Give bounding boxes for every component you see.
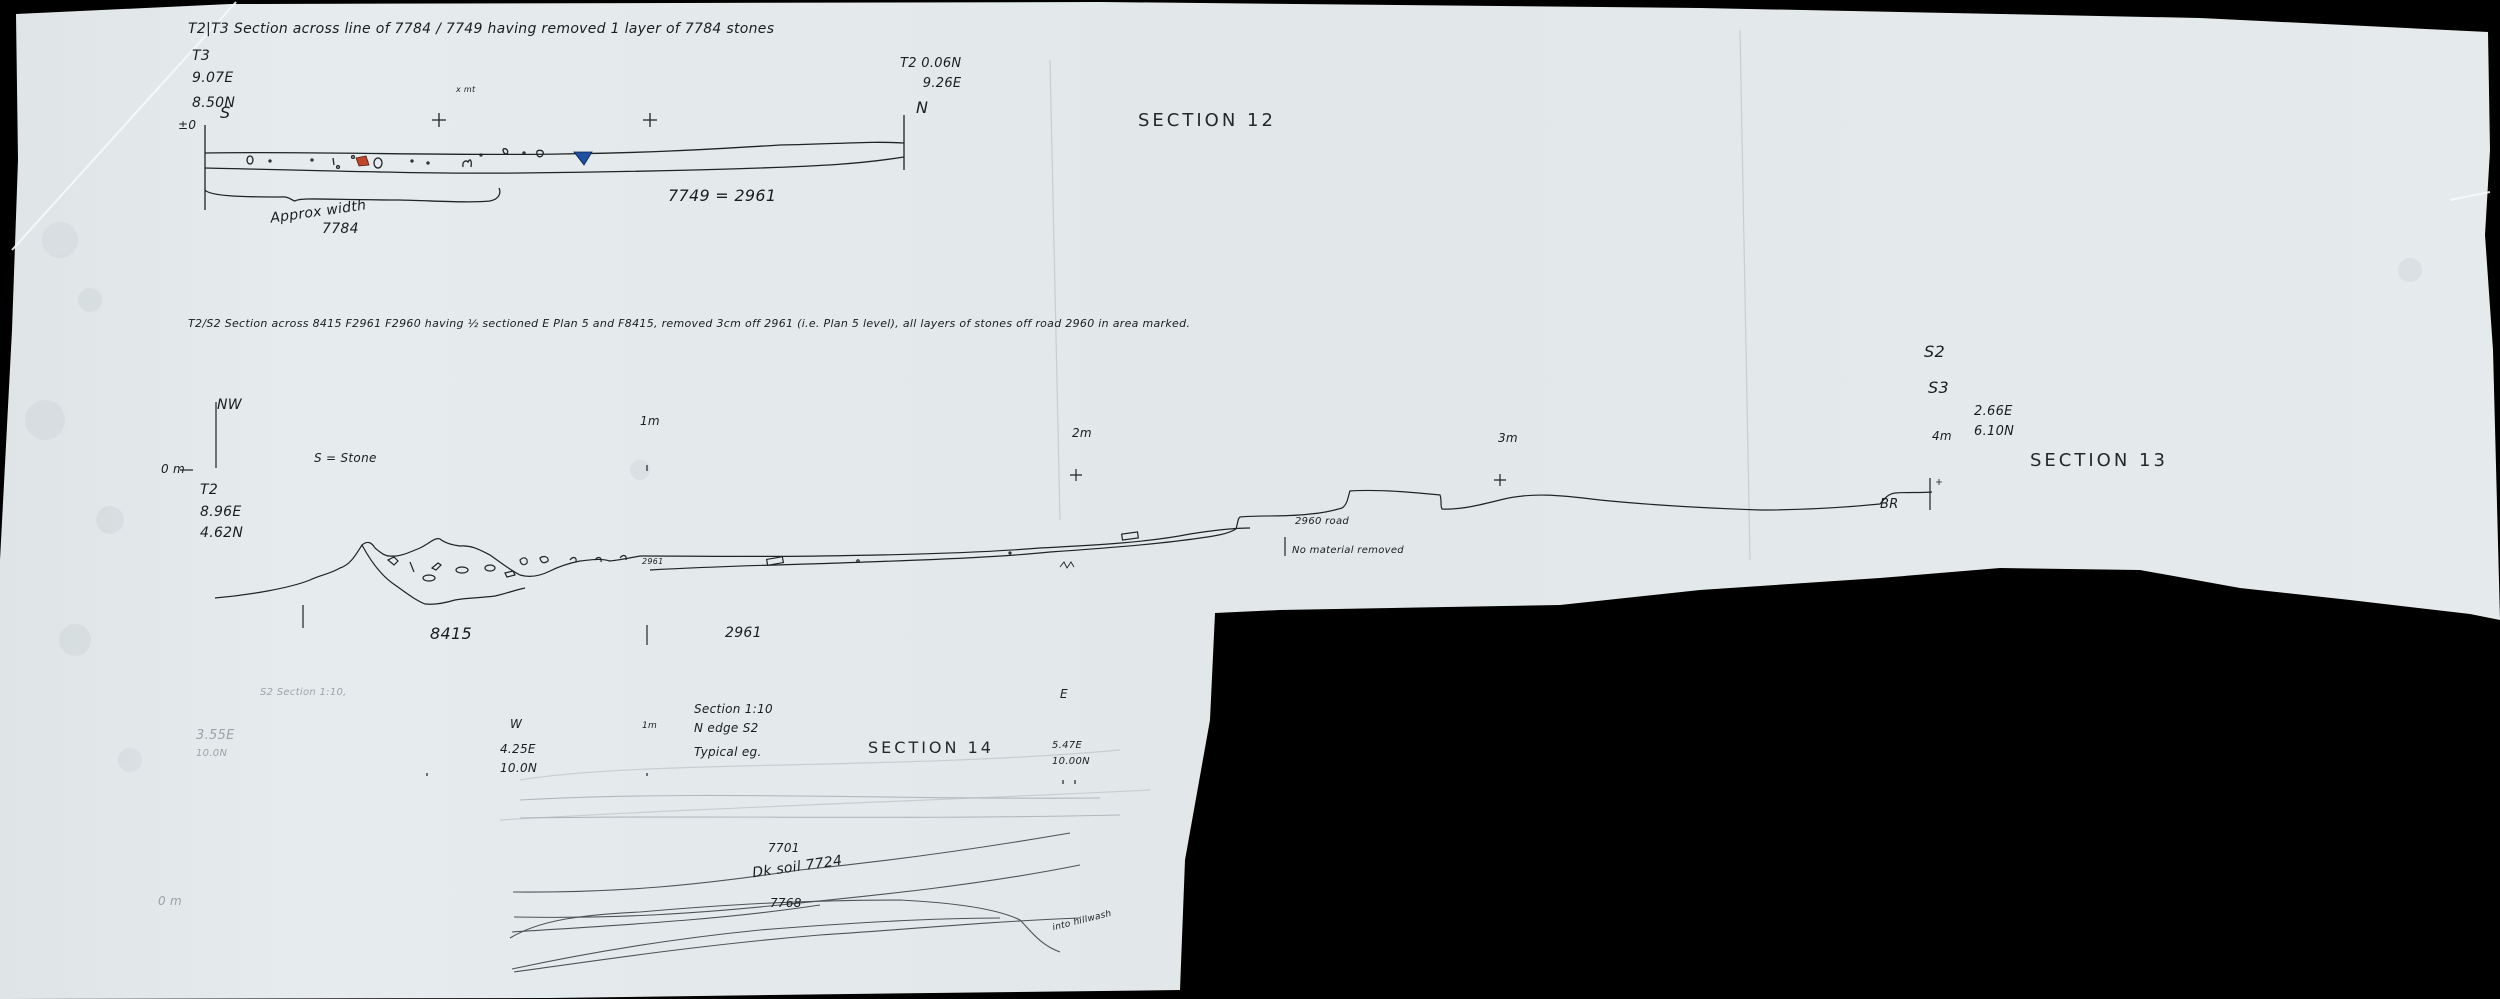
section-13-right-point-alt: S3 — [1928, 380, 1949, 396]
scanned-drawing-sheet — [0, 0, 2500, 999]
inline-label-2961: 2961 — [642, 558, 664, 566]
point-east: 9.26E — [900, 74, 961, 94]
section-12-small-note: x mt — [456, 86, 475, 94]
road-note: No material removed — [1292, 546, 1404, 556]
section-13-label: SECTION 13 — [2030, 452, 2168, 470]
scale-mark-2m: 2m — [1072, 427, 1092, 439]
section-13-heading: T2/S2 Section across 8415 F2961 F2960 ha… — [188, 318, 1190, 329]
section-12-equivalence: 7749 = 2961 — [668, 188, 776, 204]
scale-mark-4m: 4m — [1932, 430, 1952, 442]
caption-line: N edge S2 — [694, 719, 773, 738]
bedrock-label: BR — [1880, 498, 1899, 511]
faint-coords: 3.55E 10.0N — [196, 726, 235, 762]
point-north: 10.00N — [1052, 754, 1090, 770]
faint-east: 3.55E — [196, 726, 235, 746]
section-14-right-point: 5.47E 10.00N — [1052, 738, 1090, 769]
section-13-orient: NW — [217, 398, 242, 412]
road-label: 2960 road — [1295, 517, 1349, 527]
point-name: T2 — [200, 480, 243, 502]
layer-label-7701: 7701 — [768, 842, 800, 854]
point-north: 10.0N — [500, 759, 537, 778]
section-14-orient-left: W — [510, 718, 522, 730]
caption-line: Typical eg. — [694, 743, 773, 762]
section-14-orient-right: E — [1060, 688, 1068, 700]
faint-section-note: S2 Section 1:10, — [260, 688, 347, 698]
point-north: 4.62N — [200, 523, 243, 545]
section-12-right-point: T2 0.06N 9.26E — [900, 54, 961, 94]
section-14-label: SECTION 14 — [868, 740, 994, 756]
section-12-datum: ±0 — [178, 119, 196, 131]
section-13-right-point: 2.66E 6.10N — [1974, 402, 2014, 442]
scale-mark-3m: 3m — [1498, 432, 1518, 444]
point-name: T3 — [192, 46, 235, 68]
faint-north: 10.0N — [196, 746, 235, 762]
section-13-right-point-name: S2 — [1924, 344, 1945, 360]
caption-line: Section 1:10 — [694, 700, 773, 719]
section-14-scale: 1m — [642, 722, 657, 731]
layer-label-7768: 7768 — [770, 897, 802, 909]
section-12-bracket-context: 7784 — [322, 222, 359, 236]
context-label-2961: 2961 — [725, 626, 762, 640]
section-12-orient-right: N — [916, 100, 928, 116]
scale-mark-1m: 1m — [640, 415, 660, 427]
section-13-datum: 0 m — [161, 463, 185, 475]
point-north: 6.10N — [1974, 422, 2014, 442]
section-14-left-point: 4.25E 10.0N — [500, 740, 537, 777]
context-label-8415: 8415 — [430, 626, 472, 642]
section-13-stone-key: S = Stone — [314, 452, 377, 464]
section-12-label: SECTION 12 — [1138, 112, 1276, 130]
section-14-caption: Section 1:10 N edge S2 Typical eg. — [694, 700, 773, 762]
point-name: T2 — [900, 56, 917, 71]
section-12-heading: T2|T3 Section across line of 7784 / 7749… — [188, 22, 774, 36]
paper-sheet — [0, 2, 2500, 999]
point-east: 9.07E — [192, 68, 235, 90]
point-east: 5.47E — [1052, 738, 1090, 754]
section-13-left-point: T2 8.96E 4.62N — [200, 480, 243, 545]
point-east: 8.96E — [200, 502, 243, 524]
point-east: 2.66E — [1974, 402, 2014, 422]
section-12-orient-left: S — [220, 105, 230, 121]
point-north: 0.06N — [921, 56, 961, 71]
faint-datum: 0 m — [158, 895, 182, 907]
point-east: 4.25E — [500, 740, 537, 759]
